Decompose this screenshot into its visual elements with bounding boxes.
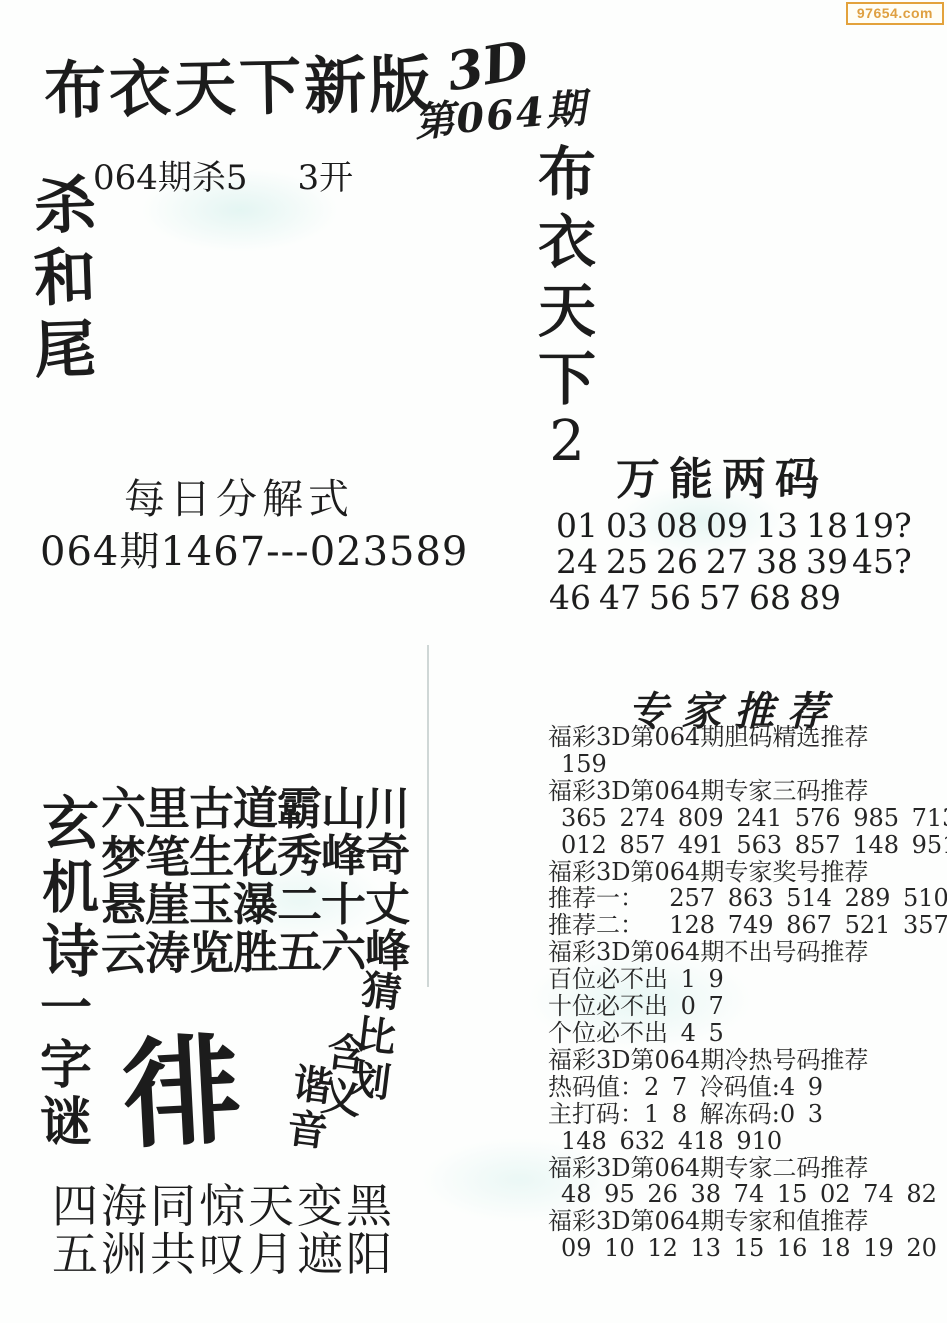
two-codes-cell: 26 [652,542,702,578]
expert-line: 主打码：1 8 解冻码:0 3 [548,1101,946,1128]
two-codes-cell: 03 [602,506,652,542]
expert-line: 365 274 809 241 576 985 713 [548,805,946,832]
two-codes-cell: 25 [602,542,652,578]
expert-line: 福彩3D第064期专家奖号推荐 [548,859,946,886]
expert-line: 福彩3D第064期专家三码推荐 [548,778,946,805]
label-char: 字 [40,1037,92,1094]
label-char: 玄 [42,792,99,856]
two-codes-cell: 57 [695,578,745,614]
two-codes-cell: 56 [645,578,695,614]
kill-line: 064期杀5 3开 [93,150,353,199]
two-codes-row: 24 25 26 27 38 39 45? [552,542,902,578]
expert-line: 福彩3D第064期专家二码推荐 [548,1155,946,1182]
universal-two-codes-title: 万能两码 [616,443,828,507]
vertical-char: 和 [33,241,97,315]
vertical-char: 尾 [33,313,97,387]
issue-number: 第064期 [412,77,590,149]
expert-line: 推荐一： 257 863 514 289 510 [548,885,946,912]
expert-line: 福彩3D第064期胆码精选推荐 [548,724,946,751]
two-codes-cell: 24 [552,542,602,578]
daily-decomposition-title: 每日分解式 [124,466,354,525]
two-codes-cell: 47 [595,578,645,614]
expert-line: 148 632 418 910 [548,1128,946,1155]
hint-char: 猜 [359,968,404,1017]
buyi-tianxia-lottery-sheet: 97654.com 布衣天下新版 3D 第064期 064期杀5 3开 杀 和 … [0,0,947,1323]
buyi-tianxia-vertical: 布 衣 天 下 2 [538,140,596,470]
vertical-char: 衣 [538,208,596,276]
expert-line: 48 95 26 38 74 15 02 74 82 [548,1181,946,1208]
expert-line: 百位必不出 1 9 [548,966,946,993]
label-char: 一 [40,980,92,1037]
two-codes-cell: 09 [702,506,752,542]
two-codes-cell: 19? [852,506,902,542]
watermark-badge: 97654.com [846,2,944,25]
two-codes-cell: 01 [552,506,602,542]
expert-line: 推荐二： 128 749 867 521 357 [548,912,946,939]
page-title: 布衣天下新版 [43,35,435,131]
hint-char: 音 [285,1106,330,1155]
label-char: 诗 [42,920,99,984]
two-codes-row: 46 47 56 57 68 89 [545,578,902,614]
expert-line: 159 [548,751,946,778]
mystery-poem-label: 玄 机 诗 [42,792,99,983]
vertical-char: 杀 [33,169,97,243]
two-codes-cell: 68 [745,578,795,614]
two-codes-cell: 89 [795,578,845,614]
two-codes-cell: 46 [545,578,595,614]
couplet-line: 五洲共叹月遮阳 [52,1218,395,1284]
label-char: 机 [42,856,99,920]
expert-line: 个位必不出 4 5 [548,1020,946,1047]
kill-text: 064期杀5 [93,150,248,199]
riddle-character: 徘 [118,995,245,1171]
vertical-char: 天 [538,277,596,345]
universal-two-codes-grid: 01 03 08 09 13 18 19? 24 25 26 27 38 39 … [552,506,902,614]
expert-line: 福彩3D第064期冷热号码推荐 [548,1047,946,1074]
one-char-riddle-label: 一 字 谜 [40,980,92,1152]
expert-recommend-list: 福彩3D第064期胆码精选推荐 159 福彩3D第064期专家三码推荐 365 … [548,724,946,1262]
daily-decomposition-formula: 064期1467---023589 [40,520,468,577]
expert-line: 十位必不出 0 7 [548,993,946,1020]
expert-line: 福彩3D第064期不出号码推荐 [548,939,946,966]
two-codes-cell: 13 [752,506,802,542]
vertical-digit: 2 [549,414,585,470]
two-codes-cell: 18 [802,506,852,542]
column-divider-line [427,645,429,987]
expert-line: 热码值：2 7 冷码值:4 9 [548,1074,946,1101]
expert-line: 福彩3D第064期专家和值推荐 [548,1208,946,1235]
two-codes-cell: 38 [752,542,802,578]
two-codes-cell: 08 [652,506,702,542]
expert-line: 012 857 491 563 857 148 951 [548,832,946,859]
two-codes-row: 01 03 08 09 13 18 19? [552,506,902,542]
label-char: 谜 [40,1094,92,1151]
expert-line: 09 10 12 13 15 16 18 19 20 [548,1235,946,1262]
open-text: 3开 [298,150,354,199]
two-codes-cell: 27 [702,542,752,578]
kill-sum-tail-vertical: 杀 和 尾 [34,170,96,386]
hint-char: 谐 [290,1062,335,1111]
riddle-hint-homophone: 谐 音 [285,1062,336,1156]
two-codes-cell: 45? [852,542,902,578]
vertical-char: 布 [538,140,596,208]
vertical-char: 下 [538,345,596,413]
two-codes-cell: 39 [802,542,852,578]
watermark-text: 97654.com [857,5,933,21]
